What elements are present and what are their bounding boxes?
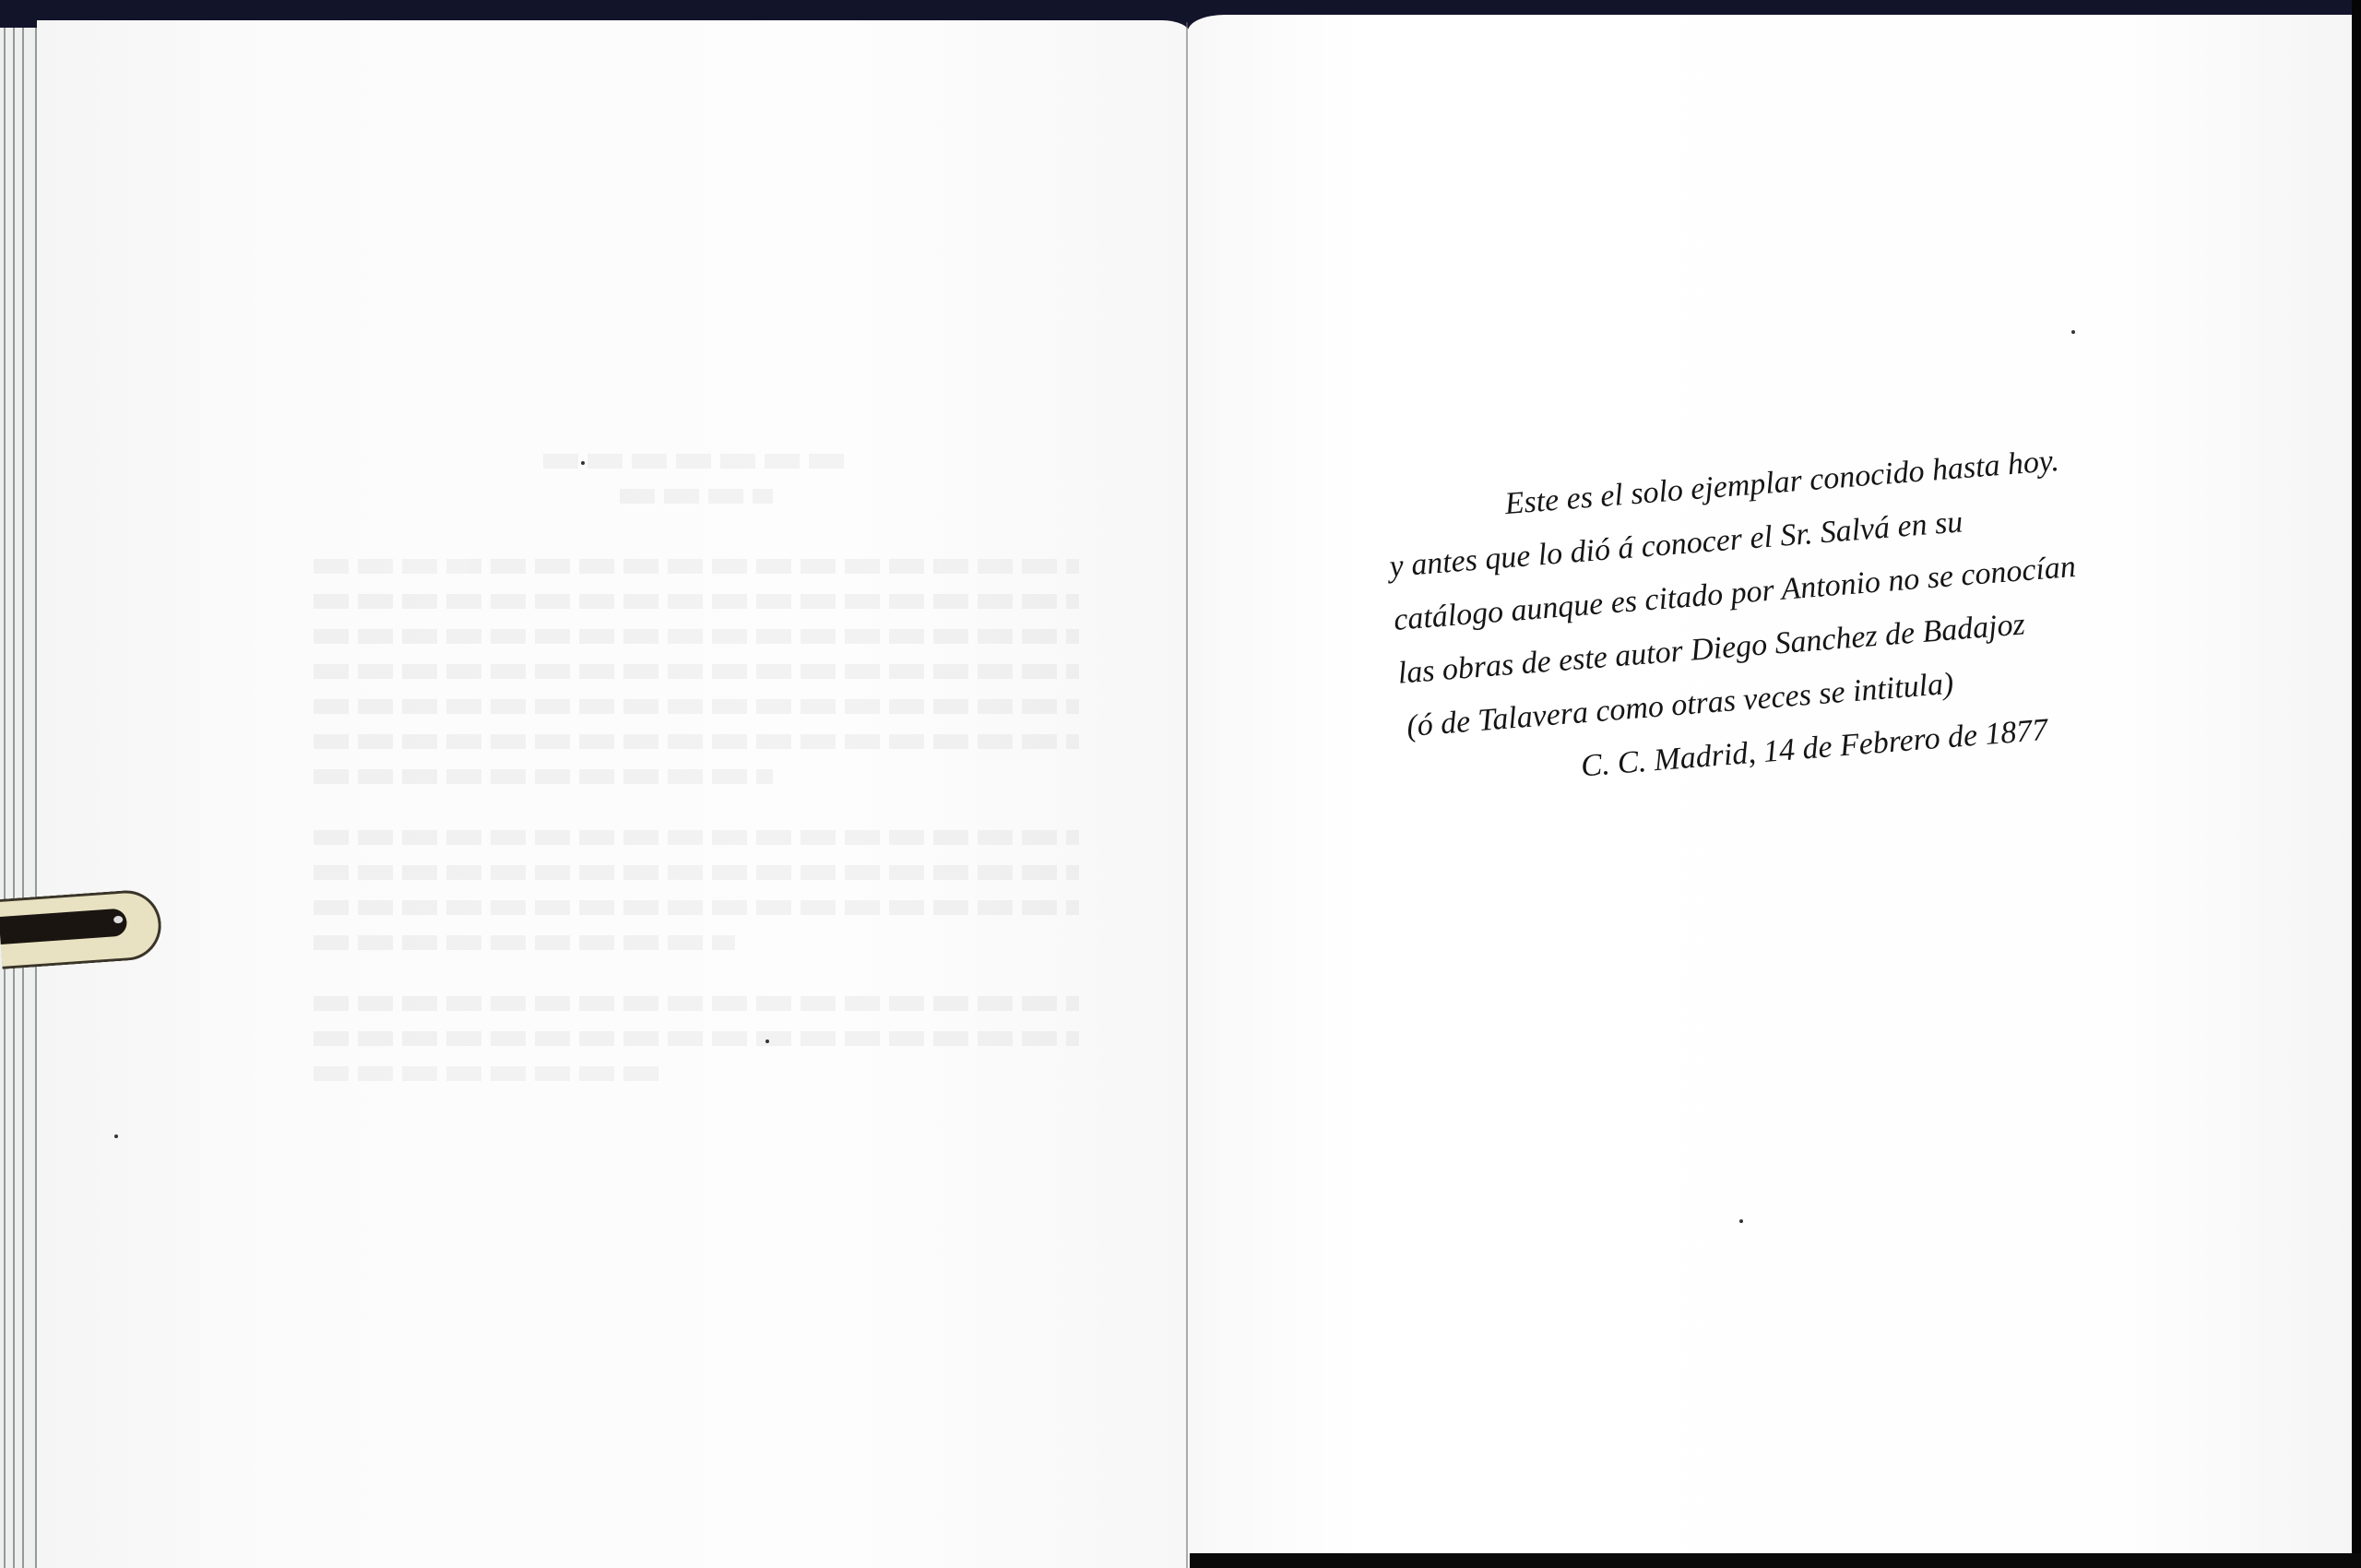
page-edge	[13, 28, 15, 1568]
bottom-edge-shadow	[1190, 1553, 2361, 1568]
right-page	[1188, 15, 2352, 1553]
speck	[581, 461, 585, 465]
right-edge-shadow	[2352, 0, 2361, 1568]
handwritten-note: Este es el solo ejemplar conocido hasta …	[1365, 425, 2198, 792]
page-clip-icon	[0, 888, 163, 969]
speck	[1739, 1219, 1743, 1223]
left-page	[37, 20, 1190, 1568]
speck	[2071, 330, 2075, 334]
clip-inner	[0, 908, 127, 944]
bleed-through-text	[314, 454, 1079, 1136]
page-edge	[22, 28, 24, 1568]
page-edge	[4, 28, 6, 1568]
speck	[114, 1134, 118, 1138]
speck	[765, 1039, 769, 1043]
